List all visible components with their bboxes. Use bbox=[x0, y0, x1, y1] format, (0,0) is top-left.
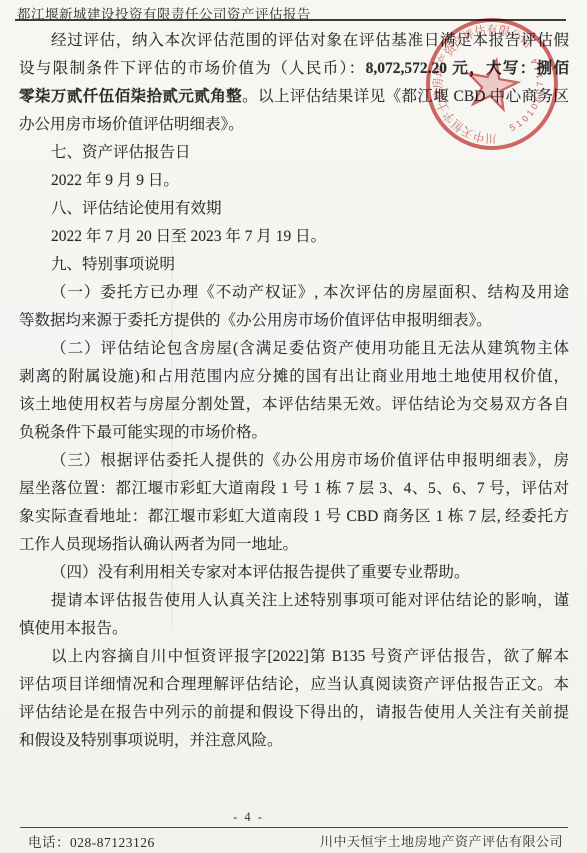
text-line: 屋坐落位置：都江堰市彩虹大道南段 1 号 1 栋 7 层 3、4、5、6、7 号… bbox=[19, 475, 569, 503]
page-number: - 4 - bbox=[0, 810, 497, 825]
text-line: 2022 年 7 月 20 日至 2023 年 7 月 19 日。 bbox=[19, 223, 569, 251]
text-segment: 象实际查看地址：都江堰市彩虹大道南段 1 号 CBD 商务区 1 栋 7 层, … bbox=[19, 508, 569, 525]
text-line: 2022 年 9 月 9 日。 bbox=[19, 167, 569, 195]
text-line: 提请本评估报告使用人认真关注上述特别事项可能对评估结论的影响，谨 bbox=[19, 587, 569, 615]
text-segment: 经过评估，纳入本次评估范围的评估对象在评估基准日满足本报告评估假 bbox=[51, 32, 569, 49]
text-segment: 2022 年 7 月 20 日至 2023 年 7 月 19 日。 bbox=[51, 228, 326, 245]
text-line: 工作人员现场指认确认两者为同一地址。 bbox=[19, 531, 569, 559]
text-segment: 七、资产评估报告日 bbox=[51, 144, 191, 161]
footer-rule bbox=[20, 827, 568, 828]
footer-phone: 电话：028-87123126 bbox=[28, 831, 155, 851]
text-segment: （三）根据评估委托人提供的《办公用房市场价值评估申报明细表》，房 bbox=[51, 452, 569, 469]
text-segment: 提请本评估报告使用人认真关注上述特别事项可能对评估结论的影响，谨 bbox=[51, 592, 569, 609]
text-segment: 该土地使用权若与房屋分割处置，本评估结果无效。评估结论为交易双方各自 bbox=[19, 396, 569, 413]
text-line: （四）没有利用相关专家对本评估报告提供了重要专业帮助。 bbox=[19, 559, 569, 587]
footer-company: 川中天恒宇土地房地产资产评估有限公司 bbox=[320, 831, 563, 850]
text-line: 办公用房市场价值评估明细表》。 bbox=[19, 111, 569, 139]
text-segment-bold: 零柒万贰仟伍佰柒拾贰元贰角整 bbox=[19, 88, 242, 105]
text-line: 设与限制条件下评估的市场价值为（人民币）：8,072,572.20 元，大写：捌… bbox=[19, 55, 569, 83]
document-body: 经过评估，纳入本次评估范围的评估对象在评估基准日满足本报告评估假设与限制条件下评… bbox=[19, 27, 569, 755]
text-line: 评估结论是在报告中列示的前提和假设下得出的，请报告使用人关注有关前提 bbox=[19, 699, 569, 727]
text-line: 九、特别事项说明 bbox=[19, 251, 569, 279]
text-segment: 屋坐落位置：都江堰市彩虹大道南段 1 号 1 栋 7 层 3、4、5、6、7 号… bbox=[19, 480, 569, 497]
text-segment: 剥离的附属设施)和占用范围内应分摊的国有出让商业用地土地使用权价值， bbox=[19, 368, 569, 385]
text-segment: 负税条件下最可能实现的市场价格。 bbox=[19, 424, 267, 441]
document-page: 都江堰新城建设投资有限责任公司资产评估报告 经过评估，纳入本次评估范围的评估对象… bbox=[0, 0, 587, 853]
text-segment: 办公用房市场价值评估明细表》。 bbox=[19, 116, 244, 133]
text-segment: （二）评估结论包含房屋(含满足委估资产使用功能且无法从建筑物主体 bbox=[51, 340, 569, 357]
text-line: （二）评估结论包含房屋(含满足委估资产使用功能且无法从建筑物主体 bbox=[19, 335, 569, 363]
text-line: 剥离的附属设施)和占用范围内应分摊的国有出让商业用地土地使用权价值， bbox=[19, 363, 569, 391]
text-line: 象实际查看地址：都江堰市彩虹大道南段 1 号 CBD 商务区 1 栋 7 层, … bbox=[19, 503, 569, 531]
text-line: 和假设及特别事项说明，并注意风险。 bbox=[19, 727, 569, 755]
text-segment: 和假设及特别事项说明，并注意风险。 bbox=[19, 732, 283, 749]
text-line: （三）根据评估委托人提供的《办公用房市场价值评估申报明细表》，房 bbox=[19, 447, 569, 475]
header-rule bbox=[15, 19, 566, 21]
text-line: 该土地使用权若与房屋分割处置，本评估结果无效。评估结论为交易双方各自 bbox=[19, 391, 569, 419]
text-line: 以上内容摘自川中恒资评报字[2022]第 B135 号资产评估报告，欲了解本 bbox=[19, 643, 569, 671]
text-segment: （一）委托方已办理《不动产权证》, 本次评估的房屋面积、结构及用途 bbox=[51, 284, 569, 301]
text-segment-bold: 8,072,572.20 元，大写：捌佰 bbox=[366, 60, 569, 77]
text-line: 经过评估，纳入本次评估范围的评估对象在评估基准日满足本报告评估假 bbox=[19, 27, 569, 55]
text-line: 慎使用本报告。 bbox=[19, 615, 569, 643]
text-segment: 九、特别事项说明 bbox=[51, 256, 175, 273]
text-segment: 2022 年 9 月 9 日。 bbox=[51, 172, 179, 189]
text-segment: 设与限制条件下评估的市场价值为（人民币）： bbox=[19, 60, 366, 77]
text-segment: 评估项目详细情况和合理理解评估结论，应当认真阅读资产评估报告正文。本 bbox=[19, 676, 569, 693]
text-line: 评估项目详细情况和合理理解评估结论，应当认真阅读资产评估报告正文。本 bbox=[19, 671, 569, 699]
text-segment: 八、评估结论使用有效期 bbox=[51, 200, 222, 217]
text-line: 零柒万贰仟伍佰柒拾贰元贰角整。以上评估结果详见《都江堰 CBD 中心商务区 bbox=[19, 83, 569, 111]
text-line: 负税条件下最可能实现的市场价格。 bbox=[19, 419, 569, 447]
text-segment: 慎使用本报告。 bbox=[19, 620, 128, 637]
text-segment: 工作人员现场指认确认两者为同一地址。 bbox=[19, 536, 298, 553]
text-segment: （四）没有利用相关专家对本评估报告提供了重要专业帮助。 bbox=[51, 564, 470, 581]
text-line: 八、评估结论使用有效期 bbox=[19, 195, 569, 223]
text-segment: 等数据均来源于委托方提供的《办公用房市场价值评估申报明细表》。 bbox=[19, 312, 492, 329]
text-segment: 评估结论是在报告中列示的前提和假设下得出的，请报告使用人关注有关前提 bbox=[19, 704, 569, 721]
text-line: （一）委托方已办理《不动产权证》, 本次评估的房屋面积、结构及用途 bbox=[19, 279, 569, 307]
text-segment: 。以上评估结果详见《都江堰 CBD 中心商务区 bbox=[242, 88, 569, 105]
text-segment: 以上内容摘自川中恒资评报字[2022]第 B135 号资产评估报告，欲了解本 bbox=[51, 648, 569, 665]
text-line: 等数据均来源于委托方提供的《办公用房市场价值评估申报明细表》。 bbox=[19, 307, 569, 335]
text-line: 七、资产评估报告日 bbox=[19, 139, 569, 167]
